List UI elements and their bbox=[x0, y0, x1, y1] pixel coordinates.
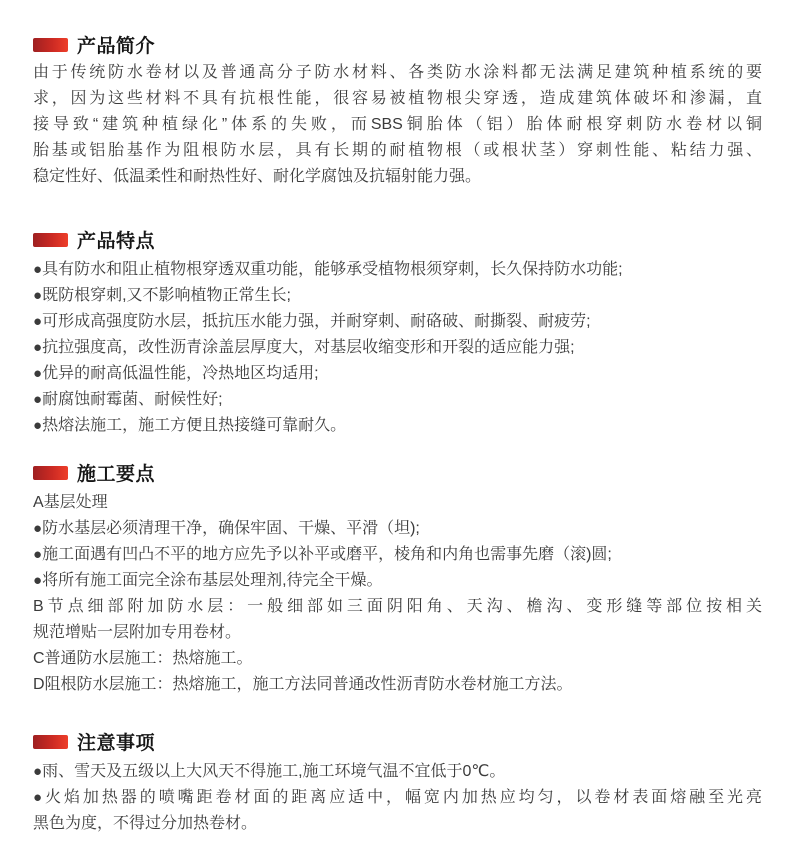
paragraph-line: 接导致“建筑种植绿化”体系的失败，而SBS铜胎体（铝）胎体耐根穿刺防水卷材以铜 bbox=[33, 112, 762, 138]
section-title: 产品特点 bbox=[77, 226, 155, 253]
construction-text: 防水基层必须清理干净，确保牢固、干燥、平滑（坦); bbox=[42, 520, 420, 537]
feature-text: 耐腐蚀耐霉菌、耐候性好; bbox=[42, 391, 222, 408]
red-bar-icon bbox=[33, 735, 68, 749]
feature-text: 热熔法施工，施工方便且热接缝可靠耐久。 bbox=[42, 417, 346, 434]
construction-item: ●施工面遇有凹凸不平的地方应先予以补平或磨平，棱角和内角也需事先磨（滚)圆; bbox=[33, 542, 762, 568]
paragraph-line: 由于传统防水卷材以及普通高分子防水材料、各类防水涂料都无法满足建筑种植系统的要 bbox=[33, 60, 762, 86]
paragraph-line: 求，因为这些材料不具有抗根性能，很容易被植物根尖穿透，造成建筑体破坏和渗漏，直 bbox=[33, 86, 762, 112]
construction-item: ●防水基层必须清理干净，确保牢固、干燥、平滑（坦); bbox=[33, 516, 762, 542]
feature-text: 既防根穿刺,又不影响植物正常生长; bbox=[42, 287, 291, 304]
red-bar-icon bbox=[33, 38, 68, 52]
bullet-icon: ● bbox=[33, 417, 42, 434]
construction-item: 规范增贴一层附加专用卷材。 bbox=[33, 620, 762, 646]
feature-text: 可形成高强度防水层，抵抗压水能力强，并耐穿刺、耐硌破、耐撕裂、耐疲劳; bbox=[42, 313, 590, 330]
precaution-item: 黑色为度，不得过分加热卷材。 bbox=[33, 811, 762, 837]
section-title: 产品简介 bbox=[77, 31, 155, 58]
precaution-item: ●雨、雪天及五级以上大风天不得施工,施工环境气温不宜低于0℃。 bbox=[33, 759, 762, 785]
section-product-features: 产品特点 ●具有防水和阻止植物根穿透双重功能，能够承受植物根须穿刺，长久保持防水… bbox=[33, 228, 762, 439]
bullet-icon: ● bbox=[33, 391, 42, 408]
bullet-icon: ● bbox=[33, 789, 45, 806]
construction-item: D阻根防水层施工：热熔施工，施工方法同普通改性沥青防水卷材施工方法。 bbox=[33, 672, 762, 698]
bullet-icon: ● bbox=[33, 365, 42, 382]
paragraph-line: 稳定性好、低温柔性和耐热性好、耐化学腐蚀及抗辐射能力强。 bbox=[33, 164, 762, 190]
feature-item: ●可形成高强度防水层，抵抗压水能力强，并耐穿刺、耐硌破、耐撕裂、耐疲劳; bbox=[33, 309, 762, 335]
red-bar-icon bbox=[33, 233, 68, 247]
feature-item: ●耐腐蚀耐霉菌、耐候性好; bbox=[33, 387, 762, 413]
construction-item: B节点细部附加防水层：一般细部如三面阴阳角、天沟、檐沟、变形缝等部位按相关 bbox=[33, 594, 762, 620]
feature-item: ●优异的耐高低温性能，冷热地区均适用; bbox=[33, 361, 762, 387]
bullet-icon: ● bbox=[33, 287, 42, 304]
red-bar-icon bbox=[33, 466, 68, 480]
section-header: 产品简介 bbox=[33, 33, 762, 56]
bullet-icon: ● bbox=[33, 339, 42, 356]
feature-item: ●既防根穿刺,又不影响植物正常生长; bbox=[33, 283, 762, 309]
section-construction-points: 施工要点 A基层处理 ●防水基层必须清理干净，确保牢固、干燥、平滑（坦); ●施… bbox=[33, 461, 762, 698]
feature-item: ●抗拉强度高，改性沥青涂盖层厚度大，对基层收缩变形和开裂的适应能力强; bbox=[33, 335, 762, 361]
section-title: 施工要点 bbox=[77, 459, 155, 486]
section-header: 注意事项 bbox=[33, 730, 762, 753]
construction-item: ●将所有施工面完全涂布基层处理剂,待完全干燥。 bbox=[33, 568, 762, 594]
bullet-icon: ● bbox=[33, 313, 42, 330]
bullet-icon: ● bbox=[33, 572, 42, 589]
construction-list: A基层处理 ●防水基层必须清理干净，确保牢固、干燥、平滑（坦); ●施工面遇有凹… bbox=[33, 490, 762, 698]
feature-text: 优异的耐高低温性能，冷热地区均适用; bbox=[42, 365, 318, 382]
section-header: 施工要点 bbox=[33, 461, 762, 484]
feature-item: ●热熔法施工，施工方便且热接缝可靠耐久。 bbox=[33, 413, 762, 439]
precaution-text: 火焰加热器的喷嘴距卷材面的距离应适中，幅宽内加热应均匀，以卷材表面熔融至光亮 bbox=[45, 789, 762, 806]
construction-item: A基层处理 bbox=[33, 490, 762, 516]
feature-list: ●具有防水和阻止植物根穿透双重功能，能够承受植物根须穿刺，长久保持防水功能; ●… bbox=[33, 257, 762, 439]
section-header: 产品特点 bbox=[33, 228, 762, 251]
construction-text: 施工面遇有凹凸不平的地方应先予以补平或磨平，棱角和内角也需事先磨（滚)圆; bbox=[42, 546, 612, 563]
paragraph-line: 胎基或铝胎基作为阻根防水层，具有长期的耐植物根（或根状茎）穿刺性能、粘结力强、 bbox=[33, 138, 762, 164]
bullet-icon: ● bbox=[33, 520, 42, 537]
section-product-intro: 产品简介 由于传统防水卷材以及普通高分子防水材料、各类防水涂料都无法满足建筑种植… bbox=[33, 33, 762, 190]
bullet-icon: ● bbox=[33, 763, 42, 780]
bullet-icon: ● bbox=[33, 546, 42, 563]
construction-text: 将所有施工面完全涂布基层处理剂,待完全干燥。 bbox=[42, 572, 382, 589]
precaution-list: ●雨、雪天及五级以上大风天不得施工,施工环境气温不宜低于0℃。 ●火焰加热器的喷… bbox=[33, 759, 762, 837]
section-title: 注意事项 bbox=[77, 728, 155, 755]
section-precautions: 注意事项 ●雨、雪天及五级以上大风天不得施工,施工环境气温不宜低于0℃。 ●火焰… bbox=[33, 730, 762, 837]
product-document: 产品简介 由于传统防水卷材以及普通高分子防水材料、各类防水涂料都无法满足建筑种植… bbox=[0, 0, 800, 867]
construction-item: C普通防水层施工：热熔施工。 bbox=[33, 646, 762, 672]
precaution-item: ●火焰加热器的喷嘴距卷材面的距离应适中，幅宽内加热应均匀，以卷材表面熔融至光亮 bbox=[33, 785, 762, 811]
intro-paragraph: 由于传统防水卷材以及普通高分子防水材料、各类防水涂料都无法满足建筑种植系统的要 … bbox=[33, 60, 762, 190]
feature-item: ●具有防水和阻止植物根穿透双重功能，能够承受植物根须穿刺，长久保持防水功能; bbox=[33, 257, 762, 283]
feature-text: 具有防水和阻止植物根穿透双重功能，能够承受植物根须穿刺，长久保持防水功能; bbox=[42, 261, 622, 278]
bullet-icon: ● bbox=[33, 261, 42, 278]
feature-text: 抗拉强度高，改性沥青涂盖层厚度大，对基层收缩变形和开裂的适应能力强; bbox=[42, 339, 574, 356]
precaution-text: 雨、雪天及五级以上大风天不得施工,施工环境气温不宜低于0℃。 bbox=[42, 763, 505, 780]
